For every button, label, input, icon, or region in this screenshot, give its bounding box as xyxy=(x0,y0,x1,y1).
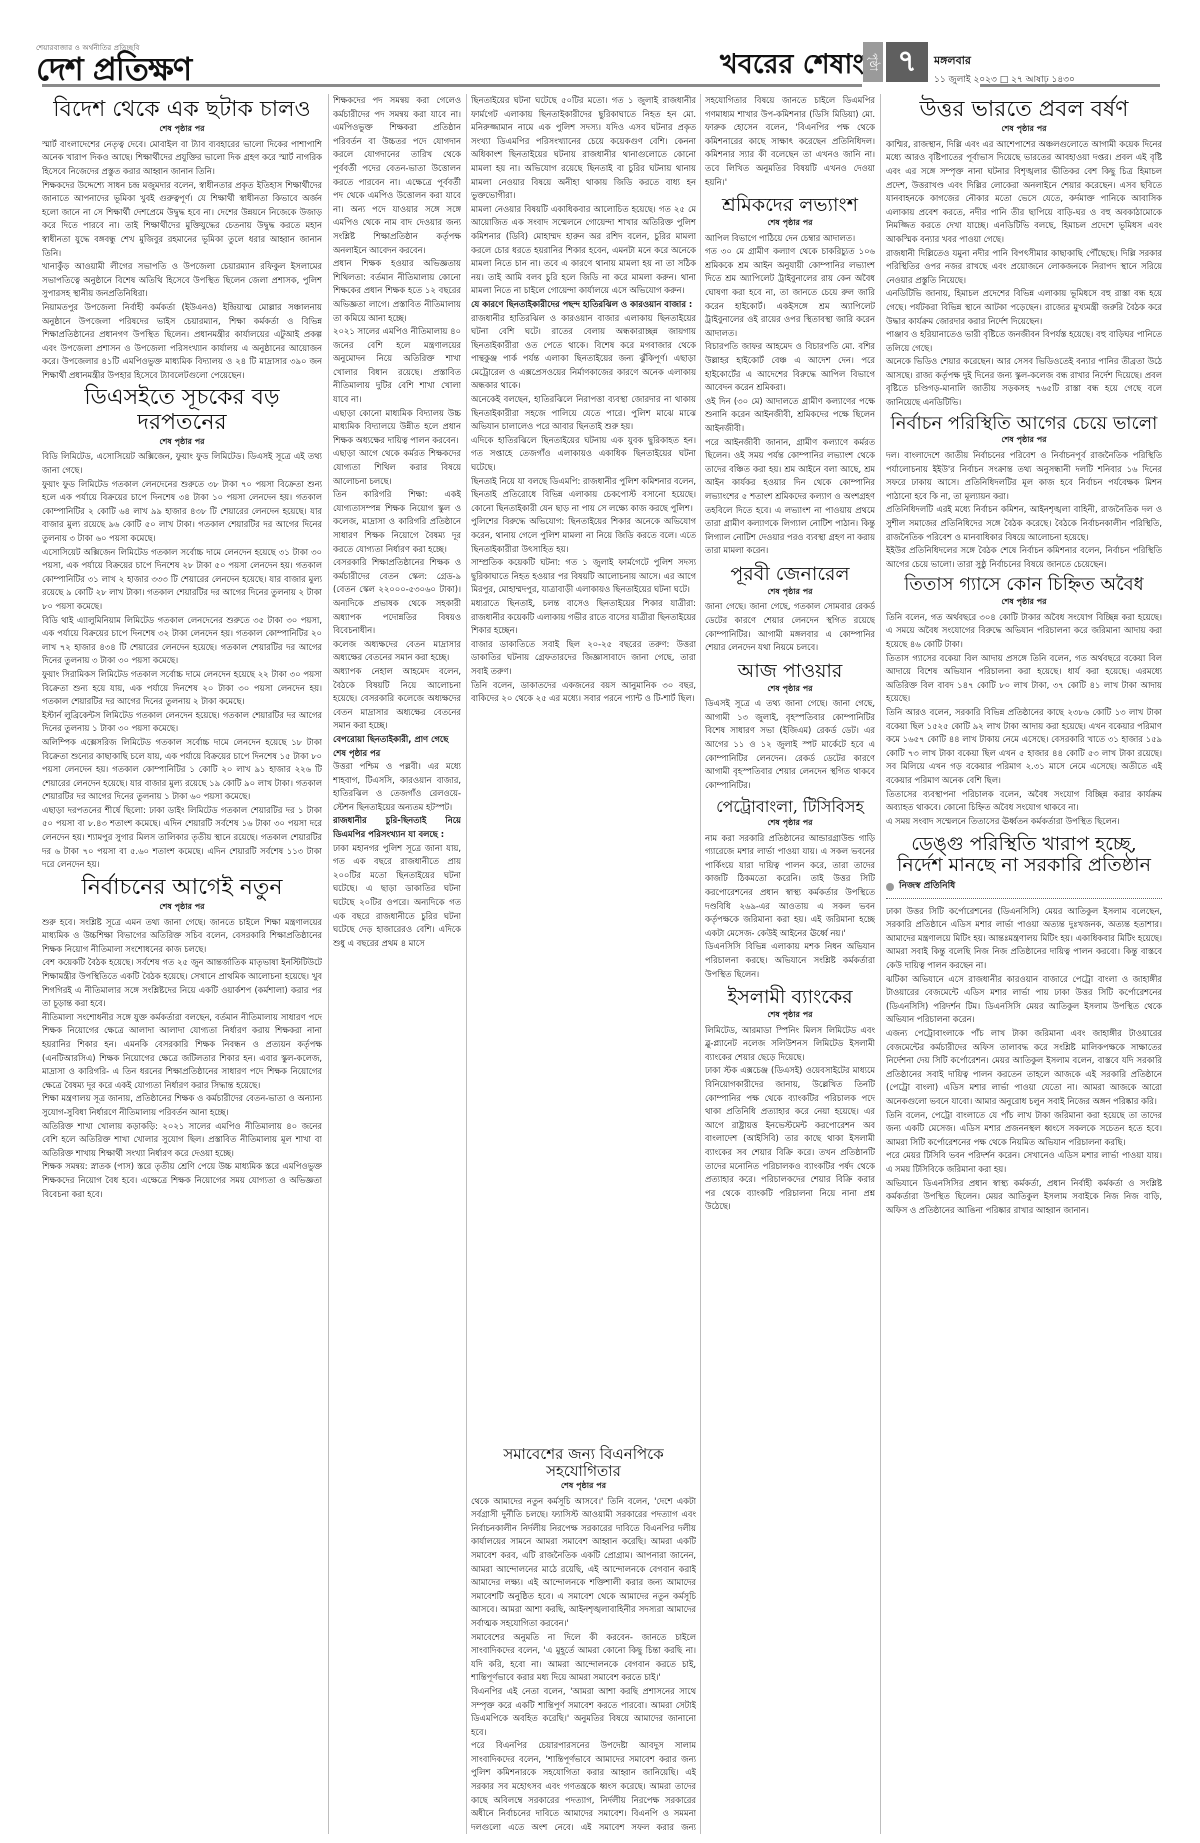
paragraph: বিডি লিমিটেড, এসোসিয়েট অক্সিজেন, ফুয়াং… xyxy=(42,450,322,477)
continued-label: শেষ পৃষ্ঠার পর xyxy=(886,433,1162,447)
paragraph: বিএনপির এই নেতা বলেন, 'আমরা আশা করছি প্র… xyxy=(471,1685,696,1739)
paragraph: তিনি বলেন, গত অর্থবছরে ৩০৪ কোটি টাকার অব… xyxy=(886,611,1162,652)
paragraph: সহযোগিতার বিষয়ে জানতে চাইলে ডিএমপির গণম… xyxy=(705,94,875,189)
paragraph: ইইউর প্রতিনিধিদলের সঙ্গে বৈঠক শেষে নির্ব… xyxy=(886,544,1162,571)
article-purabi: পূরবী জেনারেল শেষ পৃষ্ঠার পর জানা গেছে। … xyxy=(705,564,875,655)
paragraph: অভিযানে ডিএনসিসির প্রধান স্বাস্থ্য কর্মক… xyxy=(886,1177,1162,1218)
paragraph: অলিম্পিক এক্সেসরিজ লিমিটেড গতকাল সর্বোচ্… xyxy=(42,736,322,804)
logo-title: দেশ প্রতিক্ষণ xyxy=(36,54,191,84)
paragraph: অনেকে ভিডিও শেয়ার করেছেন। আর সেসব ভিডিও… xyxy=(886,355,1162,409)
paragraph: লিমিটেড, আরমাডা স্পিনিং মিলস লিমিটেড এবং… xyxy=(705,1024,875,1065)
paragraph: ছিনতাই নিয়ে যা বলছে ডিএমপি: রাজধানীর পু… xyxy=(471,475,696,516)
paragraph: ডিএসই সূত্রে এ তথ্য জানা গেছে। জানা গেছে… xyxy=(705,697,875,792)
continued-label: শেষ পৃষ্ঠার পর xyxy=(705,216,875,230)
paragraph: এছাড়া কোনো মাধ্যমিক বিদ্যালয় উচ্চ মাধ্… xyxy=(333,407,461,448)
article-election-better: নির্বাচন পরিস্থিতি আগের চেয়ে ভালো শেষ প… xyxy=(886,414,1162,572)
continued-label: শেষ পৃষ্ঠার পর xyxy=(705,1008,875,1022)
continued-label: শেষ পৃষ্ঠার পর xyxy=(42,900,322,914)
headline-purabi[interactable]: পূরবী জেনারেল xyxy=(705,564,875,585)
paragraph: গত ৩০ মে গ্রামীণ কল্যাণ থেকে চাকরিচ্যুত … xyxy=(705,245,875,340)
headline-election-better[interactable]: নির্বাচন পরিস্থিতি আগের চেয়ে ভালো xyxy=(886,414,1162,434)
paragraph: ঢাকা স্টক এক্সচেঞ্জ (ডিএসই) ওয়েবসাইটের … xyxy=(705,1064,875,1214)
continued-label: শেষ পৃষ্ঠার পর xyxy=(705,682,875,696)
subhead-dmp-stats: রাজধানীর চুরি-ছিনতাই নিয়ে ডিএমপির পরিসং… xyxy=(333,814,461,841)
headline-dse-index[interactable]: ডিএসইতে সূচকের বড় দরপতনের xyxy=(42,386,322,434)
crime-continuation: ছিনতাইয়ের ঘটনা ঘটেছে ৫০টির মতো। গত ১ জু… xyxy=(471,94,696,1439)
continued-label: শেষ পৃষ্ঠার পর xyxy=(333,747,461,761)
article-election-new: নির্বাচনের আগেই নতুন শেষ পৃষ্ঠার পর শুরু… xyxy=(42,876,322,1201)
article-north-india: উত্তর ভারতে প্রবল বর্ষণ শেষ পৃষ্ঠার পর ক… xyxy=(886,98,1162,410)
article-dse-index: ডিএসইতে সূচকের বড় দরপতনের শেষ পৃষ্ঠার প… xyxy=(42,386,322,871)
paragraph: বাজার ডাকাতিতে সবাই ছিল ২০-২৫ বছরের তরুণ… xyxy=(471,638,696,679)
paragraph: নিয়ামতপুর উপজেলা নির্বাহী কর্মকর্তা (ইউ… xyxy=(42,301,322,383)
headline-titas[interactable]: তিতাস গ্যাসে কোন চিহ্নিত অবৈধ xyxy=(886,575,1162,595)
paragraph: তিনি বলেন, ডাকাতদের একজনের বয়স আনুমানিক… xyxy=(471,679,696,706)
paragraph: পরে বিএনপির চেয়ারপারসনের উপদেষ্টা আবদুস… xyxy=(471,1739,696,1830)
newspaper-logo[interactable]: শেয়ারবাজার ও অর্থনীতির প্রতিচ্ছবি দেশ প… xyxy=(36,42,191,84)
continued-label: শেষ পৃষ্ঠার পর xyxy=(471,1479,696,1493)
paragraph: রাজধানী দিল্লিতেও যমুনা নদীর পানি বিপৎসী… xyxy=(886,247,1162,288)
headline-petrobangla[interactable]: পেট্রোবাংলা, টিসিবিসহ xyxy=(705,798,875,816)
paragraph: শিক্ষক সমন্বয়: স্নাতক (পাস) স্তরে তৃতীয… xyxy=(42,1160,322,1201)
paragraph: এনডিটিভি জানায়, হিমাচল প্রদেশের বিভিন্ন… xyxy=(886,287,1162,328)
paragraph: প্রতিনিধিদলটি এরই মধ্যে নির্বাচন কমিশন, … xyxy=(886,503,1162,544)
paragraph: শিক্ষকদের পদ সমন্বয় করা গেলেও কর্মচারীদ… xyxy=(333,94,461,257)
paragraph: ঢাকা উত্তর সিটি কর্পোরেশনের (ডিএনসিসি) ম… xyxy=(886,905,1162,973)
paragraph: সাম্প্রতিক কয়েকটি ঘটনা: গত ১ জুলাই ফার্… xyxy=(471,556,696,597)
article-titas: তিতাস গ্যাসে কোন চিহ্নিত অবৈধ শেষ পৃষ্ঠা… xyxy=(886,575,1162,828)
subhead-snatcher[interactable]: বেপরোয়া ছিনতাইকারী, প্রাণ গেছে xyxy=(333,733,461,747)
paragraph: কাশ্মির, রাজস্থান, দিল্লি এবং এর আশেপাশে… xyxy=(886,138,1162,247)
column-divider xyxy=(880,94,881,1834)
column-4: সহযোগিতার বিষয়ে জানতে চাইলে ডিএমপির গণম… xyxy=(705,94,875,1834)
subhead-hatirjheel: যে কারণে ছিনতাইকারীদের পছন্দ হাতিরঝিল ও … xyxy=(471,298,696,312)
paragraph: এসোসিয়েট অক্সিজেন লিমিটেড গতকাল সর্বোচ্… xyxy=(42,546,322,614)
paragraph: অধ্যাপক নেহাল আহমেদ বলেন, বৈঠকে বিষয়টি … xyxy=(333,665,461,733)
paragraph: শিক্ষা মন্ত্রণালয় সূত্র জানায়, প্রতিষ্… xyxy=(42,1092,322,1119)
paragraph: ছিনতাইয়ের ঘটনা ঘটেছে ৫০টির মতো। গত ১ জু… xyxy=(471,94,696,203)
headline-north-india[interactable]: উত্তর ভারতে প্রবল বর্ষণ xyxy=(886,98,1162,122)
paragraph: দল। বাংলাদেশে জাতীয় নির্বাচনের পরিবেশ ও… xyxy=(886,449,1162,503)
page-label: পৃষ্ঠা xyxy=(863,42,883,82)
article-bnp: সমাবেশের জন্য বিএনপিকে সহযোগিতার শেষ পৃষ… xyxy=(471,1440,696,1830)
date-block: মঙ্গলবার ১১ জুলাই ২০২৩ □ ২৭ আষাঢ় ১৪৩০ xyxy=(934,52,1075,87)
paragraph: তিন কারিগরি শিক্ষা: একই যোগ্যতাসম্পন্ন শ… xyxy=(333,488,461,556)
dotted-divider xyxy=(886,898,1162,899)
paragraph: নাম করা সরকারি প্রতিষ্ঠানের আন্ডারগ্রাউন… xyxy=(705,832,875,941)
paragraph: ফুয়াং সিরামিকস লিমিটেড গতকাল সর্বোচ্চ দ… xyxy=(42,668,322,709)
headline-workers[interactable]: শ্রমিকদের লভ্যাংশ xyxy=(705,195,875,216)
paragraph: ২০২১ সালের এমপিও নীতিমালায় ৪০ জনের বেশি… xyxy=(333,325,461,407)
byline-text: নিজস্ব প্রতিনিধি xyxy=(899,880,955,894)
paragraph: স্মার্ট বাংলাদেশের নেতৃত্ব দেবে। মোবাইল … xyxy=(42,138,322,179)
article-islami-bank: ইসলামী ব্যাংকের শেষ পৃষ্ঠার পর লিমিটেড, … xyxy=(705,987,875,1214)
column-divider xyxy=(700,94,701,1834)
paragraph: রাজধানীর হাতিরঝিল ও কারওয়ান বাজার এলাকা… xyxy=(471,312,696,394)
paragraph: কলেজ অধ্যক্ষদের বেতন মাদ্রাসার অধ্যক্ষের… xyxy=(333,638,461,665)
article-aaj-power: আজ পাওয়ার শেষ পৃষ্ঠার পর ডিএসই সূত্রে এ… xyxy=(705,661,875,793)
paragraph: পুলিশের বিরুদ্ধে অভিযোগ: ছিনতাইয়ের শিকা… xyxy=(471,515,696,556)
paragraph: পরে মেয়র টিসিবি ভবন পরিদর্শন করেন। সেখা… xyxy=(886,1149,1162,1176)
paragraph: এ সময় সংবাদ সম্মেলনে তিতাসের ঊর্ধ্বতন ক… xyxy=(886,815,1162,829)
masthead: শেয়ারবাজার ও অর্থনীতির প্রতিচ্ছবি দেশ প… xyxy=(0,0,1200,82)
paragraph: ঝটিকা অভিযানে এসে রাজধানীর কারওয়ান বাজা… xyxy=(886,973,1162,1027)
paragraph: বিডি থাই এ্যালুমিনিয়াম লিমিটেড গতকাল লে… xyxy=(42,614,322,668)
bullet-icon xyxy=(886,883,894,891)
article-workers: শ্রমিকদের লভ্যাংশ শেষ পৃষ্ঠার পর আপিল বি… xyxy=(705,195,875,558)
paragraph: ফুয়াং ফুড লিমিটেড গতকাল লেনদেনের শুরুতে… xyxy=(42,478,322,546)
paragraph: অতিরিক্ত শাখা খোলায় কড়াকড়ি: ২০২১ সালে… xyxy=(42,1120,322,1161)
paragraph: ঢাকা মহানগর পুলিশ সূত্রে জানা যায়, গত এ… xyxy=(333,842,461,951)
paragraph: পাঞ্জাব ও হরিয়ানাতেও ভারী বৃষ্টিতে জনজী… xyxy=(886,328,1162,355)
paragraph: ডিএনসিসি বিভিন্ন এলাকায় মশক নিধন অভিযান… xyxy=(705,940,875,981)
paragraph: তিতাসের ব্যবস্থাপনা পরিচালক বলেন, অবৈধ স… xyxy=(886,788,1162,815)
headline-rice[interactable]: বিদেশ থেকে এক ছটাক চালও xyxy=(42,98,322,122)
paragraph: বেশ কয়েকটি বৈঠক হয়েছে। সর্বশেষ গত ২৫ জ… xyxy=(42,956,322,1010)
column-divider xyxy=(466,94,467,1834)
paragraph: তিতাস গ্যাসের বকেয়া বিল আদায় প্রসঙ্গে … xyxy=(886,652,1162,706)
article-petrobangla: পেট্রোবাংলা, টিসিবিসহ শেষ পৃষ্ঠার পর নাম… xyxy=(705,798,875,981)
section-title: খবরের শেষাংশ xyxy=(720,44,880,89)
header-rule-right xyxy=(980,84,1160,87)
paragraph: তিনি বলেন, পেট্রো বাংলাতে যে পাঁচ লাখ টা… xyxy=(886,1109,1162,1150)
header-rule-left xyxy=(42,84,862,87)
byline: নিজস্ব প্রতিনিধি xyxy=(886,880,1162,894)
headline-islami-bank[interactable]: ইসলামী ব্যাংকের xyxy=(705,987,875,1008)
paragraph: নীতিমালা সংশোধনীর সঙ্গে যুক্ত কর্মকর্তার… xyxy=(42,1011,322,1093)
column-2: শিক্ষকদের পদ সমন্বয় করা গেলেও কর্মচারীদ… xyxy=(333,94,461,1834)
headline-bnp[interactable]: সমাবেশের জন্য বিএনপিকে সহযোগিতার xyxy=(471,1446,696,1479)
column-5: উত্তর ভারতে প্রবল বর্ষণ শেষ পৃষ্ঠার পর ক… xyxy=(886,94,1162,1834)
paragraph: সমাবেশের অনুমতি না দিলে কী করবেন- জানতে … xyxy=(471,1631,696,1685)
column-divider xyxy=(328,94,329,1834)
continued-label: শেষ পৃষ্ঠার পর xyxy=(705,585,875,599)
paragraph: খানাকুঁড় আওয়ামী লীগের সভাপতি ও উপজেলা … xyxy=(42,260,322,301)
article-dengue: ডেঙ্গু পরিস্থিতি খারাপ হচ্ছে, নির্দেশ মা… xyxy=(886,834,1162,1217)
day-of-week: মঙ্গলবার xyxy=(934,52,1075,71)
paragraph: বেসরকারি শিক্ষাপ্রতিষ্ঠানের শিক্ষক ও কর্… xyxy=(333,556,461,638)
paragraph: জানা গেছে। জানা গেছে, গতকাল সোমবার রেকর্… xyxy=(705,600,875,654)
paragraph: আপিল বিভাগে পাঠিয়ে দেন চেম্বার আদালত। xyxy=(705,232,875,246)
paragraph: শিক্ষকদের উদ্দেশ্যে সাধন চন্দ্র মজুমদার … xyxy=(42,179,322,261)
paragraph: উত্তরা পশ্চিম ও পল্লবী। এর মধ্যে শাহবাগ,… xyxy=(333,760,461,814)
paragraph: এছাড়া আগে থেকে কর্মরত শিক্ষকদের যোগ্যতা… xyxy=(333,447,461,488)
continued-label: শেষ পৃষ্ঠার পর xyxy=(886,595,1162,609)
headline-dengue[interactable]: ডেঙ্গু পরিস্থিতি খারাপ হচ্ছে, নির্দেশ মা… xyxy=(886,834,1162,876)
paragraph: মামলা নেওয়ার বিষয়টি একাধিকবার আলোচিত হ… xyxy=(471,203,696,298)
paragraph: অনেকেই বলছেন, হাতিরঝিলে নিরাপত্তা ব্যবস্… xyxy=(471,393,696,434)
continued-label: শেষ পৃষ্ঠার পর xyxy=(42,435,322,449)
continued-label: শেষ পৃষ্ঠার পর xyxy=(42,122,322,136)
paragraph: মধ্যরাতে ছিনতাই, চলন্ত বাসেও ছিনতাইয়ের … xyxy=(471,597,696,638)
paragraph: এজন্য পেট্রোবাংলাকে পাঁচ লাখ টাকা জরিমান… xyxy=(886,1027,1162,1109)
headline-election-new[interactable]: নির্বাচনের আগেই নতুন xyxy=(42,876,322,900)
paragraph: তিনি আরও বলেন, সরকারি বিভিন্ন প্রতিষ্ঠান… xyxy=(886,706,1162,788)
continued-label: শেষ পৃষ্ঠার পর xyxy=(705,816,875,830)
headline-aaj-power[interactable]: আজ পাওয়ার xyxy=(705,661,875,682)
paragraph: থেকে আমাদের নতুন কর্মসূচি আসবে।' তিনি বল… xyxy=(471,1495,696,1631)
paragraph: এদিকে হাতিরঝিলে ছিনতাইয়ের ঘটনায় এক যুব… xyxy=(471,434,696,475)
paragraph: পরে আইনজীবী জানান, গ্রামীণ কল্যাণে কর্মর… xyxy=(705,436,875,558)
paragraph: বিচারপতি জাফর আহমেদ ও বিচারপতি মো. বশির … xyxy=(705,340,875,394)
article-rice: বিদেশ থেকে এক ছটাক চালও শেষ পৃষ্ঠার পর স… xyxy=(42,98,322,382)
paragraph: ইস্টার্ন লুব্রিকেন্টস লিমিটেড গতকাল লেনদ… xyxy=(42,709,322,736)
paragraph: শুরু হবে। সংশ্লিষ্ট সূত্রে এমন তথ্য জানা… xyxy=(42,916,322,957)
page-number: ৭ xyxy=(886,42,928,82)
paragraph: এছাড়া দরপতনের শীর্ষে ছিলো: ঢাকা ডাইং লি… xyxy=(42,804,322,872)
continued-label: শেষ পৃষ্ঠার পর xyxy=(886,122,1162,136)
paragraph: প্রধান শিক্ষক হওয়ার অভিজ্ঞতায় শিথিলতা:… xyxy=(333,257,461,325)
column-1: বিদেশ থেকে এক ছটাক চালও শেষ পৃষ্ঠার পর স… xyxy=(42,94,322,1834)
paragraph: ওই দিন (৩০ মে) আদালতে গ্রামীণ কল্যাণের প… xyxy=(705,395,875,436)
